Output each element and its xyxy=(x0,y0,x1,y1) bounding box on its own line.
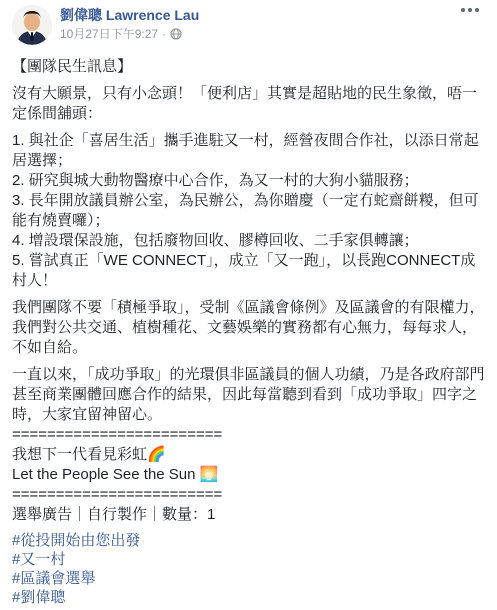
ad-declaration: 選舉廣告｜自行製作｜數量：1 xyxy=(12,505,485,525)
timestamp[interactable]: 10月27日下午9:27 xyxy=(60,26,158,42)
post-list-line: 3. 長年開放議員辦公室，為民辦公，為你贈慶（一定冇蛇齋餅糉，但可能有燒賣囉）； xyxy=(12,191,485,231)
divider-line: ======================== xyxy=(12,485,485,505)
hashtag-link[interactable]: #又一村 xyxy=(12,550,485,569)
avatar[interactable] xyxy=(12,5,52,45)
author-name[interactable]: 劉偉聰 Lawrence Lau xyxy=(60,6,199,25)
header-text: 劉偉聰 Lawrence Lau 10月27日下午9:27 · xyxy=(60,5,199,42)
dots-menu-icon xyxy=(461,8,465,12)
post-meta: 10月27日下午9:27 · xyxy=(60,26,199,42)
facebook-post: 劉偉聰 Lawrence Lau 10月27日下午9:27 · 【團隊民生訊息】… xyxy=(0,0,497,610)
divider-line: ======================== xyxy=(12,425,485,445)
post-list-line: 5. 嘗試真正「WE CONNECT」，成立「又一跑」，以長跑CONNECT成村… xyxy=(12,251,485,291)
hashtag-link[interactable]: #劉偉聰 xyxy=(12,588,485,607)
avatar-portrait xyxy=(12,5,52,45)
post-paragraph-credit: 一直以來，「成功爭取」的光環俱非區議員的個人功績，乃是各政府部門甚至商業團體回應… xyxy=(12,365,485,425)
slogan-zh: 我想下一代看見彩虹🌈 xyxy=(12,445,485,465)
post-list-line: 4. 增設環保設施，包括廢物回收、膠樽回收、二手家俱轉讓； xyxy=(12,231,485,251)
hashtag-list: #從投開始由您出發 #又一村 #區議會選舉 #劉偉聰 xyxy=(12,531,485,607)
post-body: 【團隊民生訊息】 沒有大願景，只有小念頭！「便利店」其實是超貼地的民生象徵，唔一… xyxy=(0,45,497,607)
more-options-button[interactable] xyxy=(457,6,483,14)
meta-separator: · xyxy=(162,26,166,42)
post-list-line: 2. 研究與城大動物醫療中心合作，為又一村的大狗小貓服務； xyxy=(12,171,485,191)
post-intro: 沒有大願景，只有小念頭！「便利店」其實是超貼地的民生象徵，唔一定係間舖頭： xyxy=(12,84,485,124)
post-list: 1. 與社企「喜居生活」攜手進駐又一村，經營夜間合作社，以添日常起居選擇； 2.… xyxy=(12,131,485,291)
privacy-globe-icon xyxy=(170,28,182,40)
post-header: 劉偉聰 Lawrence Lau 10月27日下午9:27 · xyxy=(0,0,497,45)
slogan-en: Let the People See the Sun 🌅 xyxy=(12,465,485,485)
post-list-line: 1. 與社企「喜居生活」攜手進駐又一村，經營夜間合作社，以添日常起居選擇； xyxy=(12,131,485,171)
hashtag-link[interactable]: #從投開始由您出發 xyxy=(12,531,485,550)
post-heading: 【團隊民生訊息】 xyxy=(12,57,485,77)
hashtag-link[interactable]: #區議會選舉 xyxy=(12,569,485,588)
post-paragraph-limits: 我們團隊不要「積極爭取」，受制《區議會條例》及區議會的有限權力，我們對公共交通、… xyxy=(12,298,485,358)
